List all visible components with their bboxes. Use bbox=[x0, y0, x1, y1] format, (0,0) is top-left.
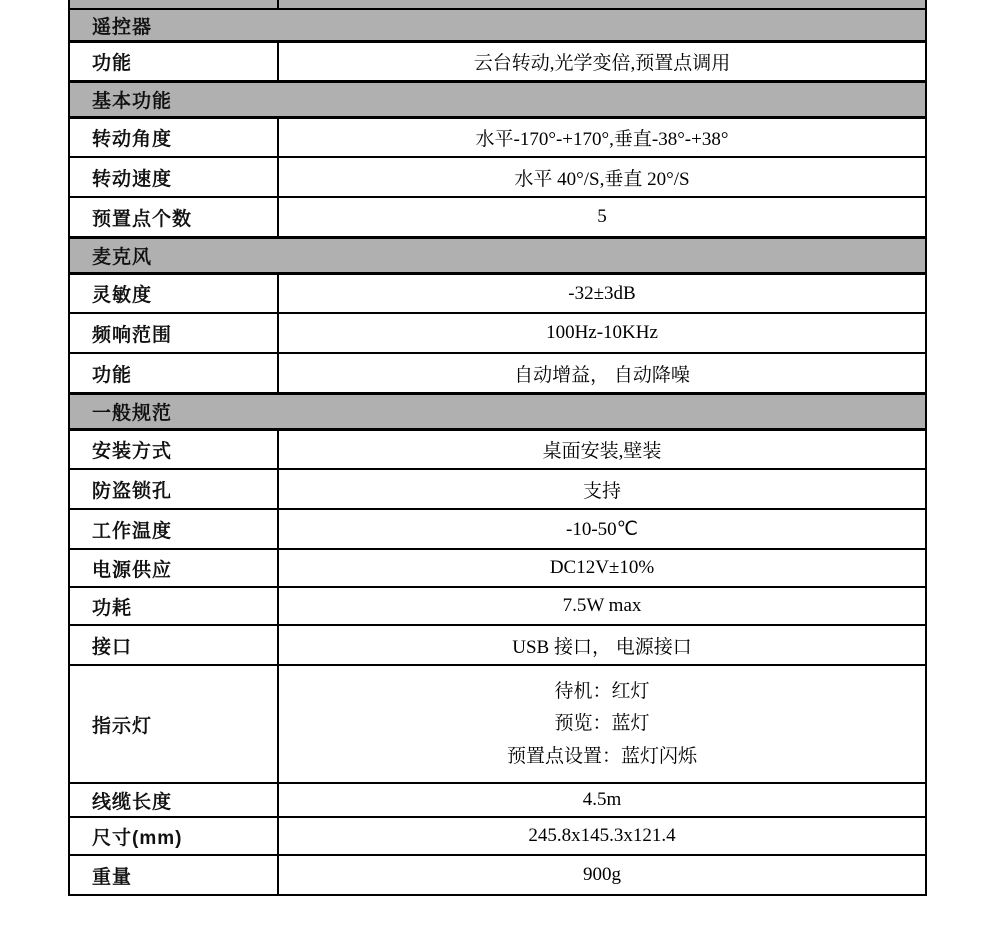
section-title: 遥控器 bbox=[70, 12, 152, 39]
spec-row-presets: 预置点个数 5 bbox=[70, 196, 925, 236]
spec-label: 重量 bbox=[70, 856, 279, 894]
spec-row-cable-length: 线缆长度 4.5m bbox=[70, 782, 925, 816]
section-title: 麦克风 bbox=[70, 242, 152, 269]
spec-label: 功耗 bbox=[70, 588, 279, 624]
spec-value: 桌面安装,壁装 bbox=[279, 431, 925, 468]
spec-label: 频响范围 bbox=[70, 314, 279, 352]
spec-row-security-lock: 防盗锁孔 支持 bbox=[70, 468, 925, 508]
spec-value: 900g bbox=[279, 856, 925, 894]
spec-label: 工作温度 bbox=[70, 510, 279, 548]
indicator-line-preview: 预览：蓝灯 bbox=[554, 711, 649, 737]
cropped-column-divider bbox=[277, 0, 279, 8]
spec-row-weight: 重量 900g bbox=[70, 854, 925, 894]
section-title: 一般规范 bbox=[70, 398, 172, 425]
spec-value: 水平-170°-+170°,垂直-38°-+38° bbox=[279, 119, 925, 156]
spec-value: DC12V±10% bbox=[279, 550, 925, 586]
spec-value: 5 bbox=[279, 198, 925, 236]
indicator-line-preset: 预置点设置：蓝灯闪烁 bbox=[507, 744, 697, 770]
spec-row-power-consumption: 功耗 7.5W max bbox=[70, 586, 925, 624]
spec-label: 尺寸(mm) bbox=[70, 818, 279, 854]
section-header-row-remote: 遥控器 bbox=[70, 10, 925, 40]
spec-value: 4.5m bbox=[279, 784, 925, 816]
spec-row-interfaces: 接口 USB 接口， 电源接口 bbox=[70, 624, 925, 664]
spec-label: 电源供应 bbox=[70, 550, 279, 586]
spec-value: 245.8x145.3x121.4 bbox=[279, 818, 925, 854]
section-header-row-general: 一般规范 bbox=[70, 392, 925, 428]
spec-label: 转动速度 bbox=[70, 158, 279, 196]
spec-table: 遥控器 功能 云台转动,光学变倍,预置点调用 基本功能 转动角度 水平-170°… bbox=[68, 8, 927, 896]
spec-label: 接口 bbox=[70, 626, 279, 664]
spec-row-mic-function: 功能 自动增益， 自动降噪 bbox=[70, 352, 925, 392]
spec-value: 100Hz-10KHz bbox=[279, 314, 925, 352]
spec-value: 支持 bbox=[279, 470, 925, 508]
spec-row-function: 功能 云台转动,光学变倍,预置点调用 bbox=[70, 40, 925, 80]
spec-value: -10-50℃ bbox=[279, 510, 925, 548]
spec-value: 水平 40°/S,垂直 20°/S bbox=[279, 158, 925, 196]
spec-label: 安装方式 bbox=[70, 431, 279, 468]
spec-value: 云台转动,光学变倍,预置点调用 bbox=[279, 43, 925, 80]
spec-value: 自动增益， 自动降噪 bbox=[279, 354, 925, 392]
spec-label: 预置点个数 bbox=[70, 198, 279, 236]
spec-label: 灵敏度 bbox=[70, 275, 279, 312]
spec-row-dimensions: 尺寸(mm) 245.8x145.3x121.4 bbox=[70, 816, 925, 854]
spec-value: 7.5W max bbox=[279, 588, 925, 624]
spec-value: USB 接口， 电源接口 bbox=[279, 626, 925, 664]
spec-row-power-supply: 电源供应 DC12V±10% bbox=[70, 548, 925, 586]
spec-row-sensitivity: 灵敏度 -32±3dB bbox=[70, 272, 925, 312]
spec-label: 线缆长度 bbox=[70, 784, 279, 816]
indicator-line-standby: 待机：红灯 bbox=[554, 679, 649, 705]
spec-label: 指示灯 bbox=[70, 666, 279, 782]
section-header-row-microphone: 麦克风 bbox=[70, 236, 925, 272]
spec-row-indicator-light: 指示灯 待机：红灯 预览：蓝灯 预置点设置：蓝灯闪烁 bbox=[70, 664, 925, 782]
cropped-previous-row bbox=[68, 0, 927, 8]
spec-label: 防盗锁孔 bbox=[70, 470, 279, 508]
spec-row-pan-angle: 转动角度 水平-170°-+170°,垂直-38°-+38° bbox=[70, 116, 925, 156]
spec-label: 功能 bbox=[70, 43, 279, 80]
spec-value: 待机：红灯 预览：蓝灯 预置点设置：蓝灯闪烁 bbox=[279, 666, 925, 782]
document-page: 遥控器 功能 云台转动,光学变倍,预置点调用 基本功能 转动角度 水平-170°… bbox=[0, 0, 990, 932]
spec-row-operating-temp: 工作温度 -10-50℃ bbox=[70, 508, 925, 548]
spec-label: 功能 bbox=[70, 354, 279, 392]
section-header-row-basic: 基本功能 bbox=[70, 80, 925, 116]
spec-row-mounting: 安装方式 桌面安装,壁装 bbox=[70, 428, 925, 468]
section-title: 基本功能 bbox=[70, 86, 172, 113]
spec-label: 转动角度 bbox=[70, 119, 279, 156]
spec-row-pan-speed: 转动速度 水平 40°/S,垂直 20°/S bbox=[70, 156, 925, 196]
spec-row-frequency-range: 频响范围 100Hz-10KHz bbox=[70, 312, 925, 352]
spec-value: -32±3dB bbox=[279, 275, 925, 312]
